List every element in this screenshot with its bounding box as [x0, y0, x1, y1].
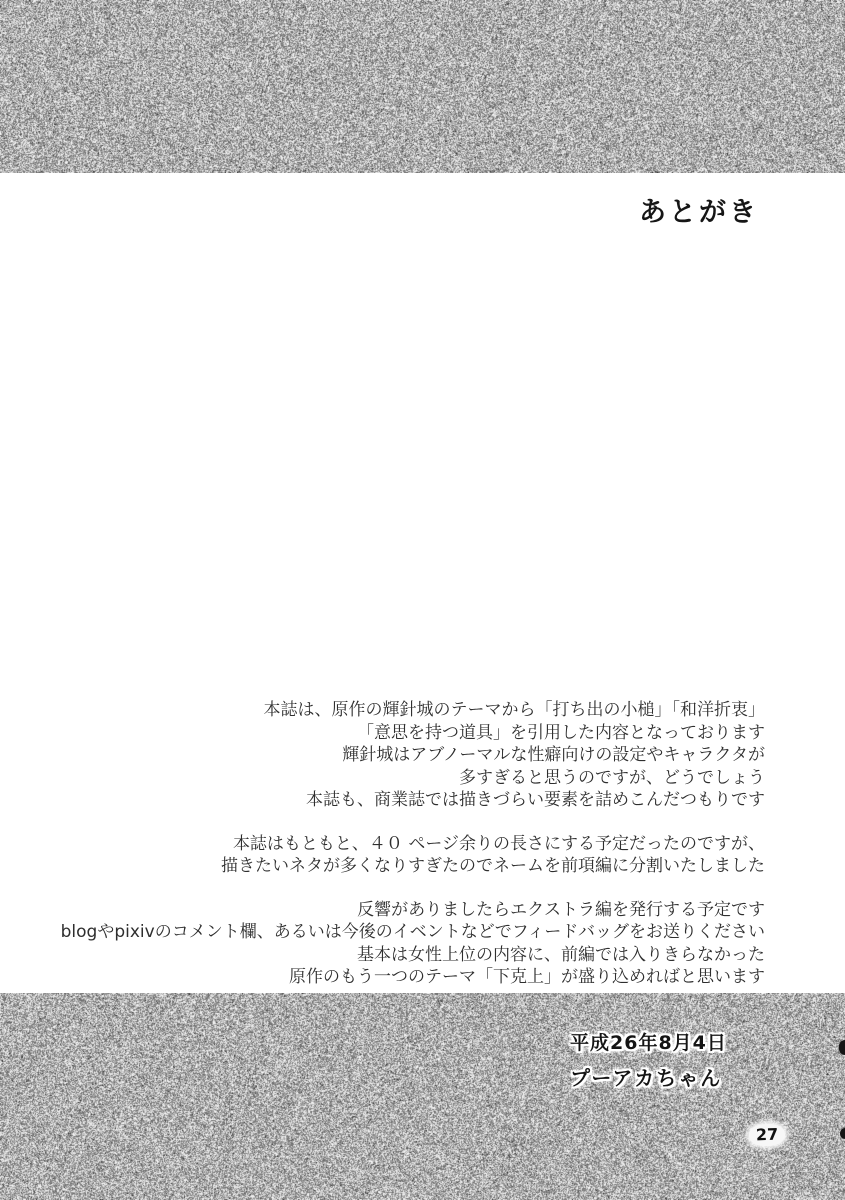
- text-line: 多すぎると思うのですが、どうでしょう: [36, 767, 765, 790]
- text-line: 輝針城はアブノーマルな性癖向けの設定やキャラクタが: [36, 744, 765, 767]
- text-line: 反響がありましたらエクストラ編を発行する予定です: [36, 899, 765, 922]
- text-line: 描きたいネタが多くなりすぎたのでネームを前項編に分割いたしました: [36, 855, 765, 878]
- text-line: blogやpixivのコメント欄、あるいは今後のイベントなどでフィードバッグをお…: [36, 921, 765, 944]
- afterword-paragraph-2: 本誌はもともと、４０ ページ余りの長さにする予定だったのですが、 描きたいネタが…: [36, 833, 765, 878]
- scan-noise-band-bottom: [0, 993, 845, 1200]
- text-line: 「意思を持つ道具」を引用した内容となっております: [36, 722, 765, 745]
- scanned-page: あとがき 本誌は、原作の輝針城のテーマから「打ち出の小槌」「和洋折衷」 「意思を…: [0, 0, 845, 1200]
- page-title: あとがき: [639, 190, 759, 229]
- text-line: 本誌は、原作の輝針城のテーマから「打ち出の小槌」「和洋折衷」: [36, 699, 765, 722]
- text-line: 原作のもう一つのテーマ「下克上」が盛り込めればと思います: [36, 966, 765, 989]
- text-line: 本誌も、商業誌では描きづらい要素を詰めこんだつもりです: [36, 789, 765, 812]
- text-line: 本誌はもともと、４０ ページ余りの長さにする予定だったのですが、: [36, 833, 765, 856]
- colophon: 平成26年8月4日 プーアカちゃん: [570, 1028, 727, 1091]
- scan-artifact: [840, 1128, 845, 1139]
- afterword-text: 本誌は、原作の輝針城のテーマから「打ち出の小槌」「和洋折衷」 「意思を持つ道具」…: [36, 699, 765, 989]
- afterword-paragraph-3: 反響がありましたらエクストラ編を発行する予定です blogやpixivのコメント…: [36, 899, 765, 989]
- scan-artifact: [839, 1040, 845, 1055]
- afterword-paragraph-1: 本誌は、原作の輝針城のテーマから「打ち出の小槌」「和洋折衷」 「意思を持つ道具」…: [36, 699, 765, 812]
- text-line: 基本は女性上位の内容に、前編では入りきらなかった: [36, 944, 765, 967]
- author-signature: プーアカちゃん: [570, 1062, 727, 1091]
- scan-noise-band-top: [0, 0, 845, 173]
- publication-date: 平成26年8月4日: [570, 1028, 727, 1055]
